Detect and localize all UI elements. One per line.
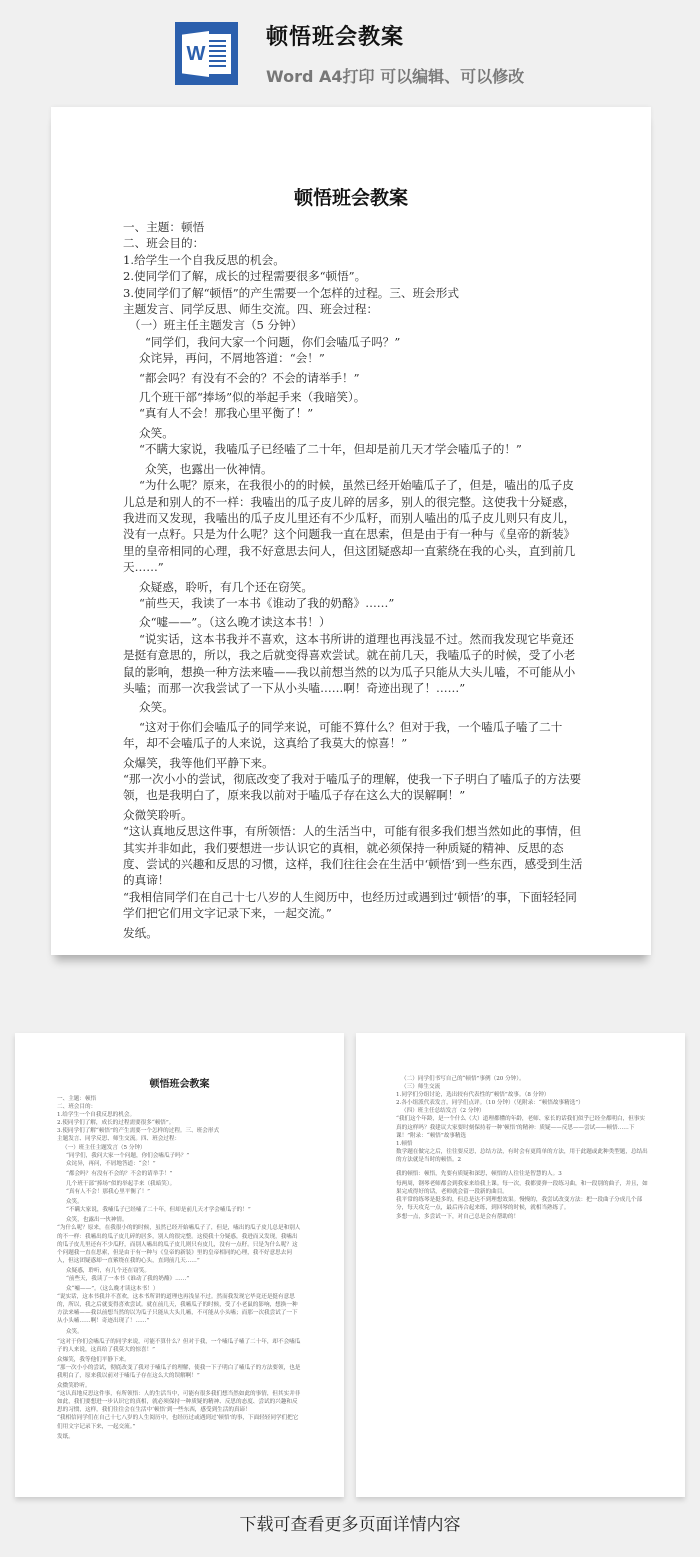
thumb-paragraph: “这对于你们会嗑瓜子的同学来说，可能不算什么？但对于我，一个嗑瓜子嗑了二十年，却… (57, 1338, 303, 1354)
doc-line: “同学们，我问大家一个问题，你们会嗑瓜子吗？” (123, 334, 583, 350)
doc-line: 众笑。 (123, 425, 583, 441)
thumb-paragraph: “为什么呢？原来，在我很小的的时候，虽然已经开始嗑瓜子了，但是，嗑出的瓜子皮儿总… (57, 1224, 303, 1264)
doc-line: 众微笑聆听。 (123, 807, 583, 823)
doc-line: 主题发言、同学反思、师生交流。四、班会过程： (123, 301, 583, 317)
doc-line: “真有人不会！那我心里平衡了！” (123, 405, 583, 421)
document-title: 顿悟班会教案 (266, 20, 404, 51)
doc-paragraph: “那一次小小的尝试，彻底改变了我对于嗑瓜子的理解，使我一下子明白了嗑瓜子的方法要… (123, 771, 583, 804)
thumb-line: 众“嘘——”。（这么晚才读这本书！） (57, 1285, 303, 1293)
thumb-line: 一、主题：顿悟 (57, 1095, 303, 1103)
doc-line: 发纸。 (123, 925, 583, 941)
thumb-line: “真有人不会！那我心里平衡了！” (57, 1188, 303, 1196)
thumb-line: 3.使同学们了解“顿悟”的产生需要一个怎样的过程。三、班会形式 (57, 1127, 303, 1135)
thumb-line: 1.同学们分组讨论，选出较有代表性的“顿悟”故事。（8 分钟） (396, 1091, 648, 1099)
word-icon-letter: W (184, 42, 208, 66)
doc-line: 众笑，也露出一伙神情。 (123, 461, 583, 477)
thumb-line: 几个班干部“捧场”似的举起手来（我暗笑）。 (57, 1180, 303, 1188)
thumb-line: 众爆笑，我等他们平静下来。 (57, 1356, 303, 1364)
doc-line: “不瞒大家说，我嗑瓜子已经嗑了二十年，但却是前几天才学会嗑瓜子的！” (123, 441, 583, 457)
thumb-line: （四）班主任总结发言（2 分钟） (396, 1107, 648, 1115)
thumb-line: 众疑惑，聆听，有几个还在窃笑。 (57, 1267, 303, 1275)
doc-line: 2.使同学们了解，成长的过程需要很多“顿悟”。 (123, 268, 583, 284)
thumb-paragraph: “这认真地反思这件事，有所领悟：人的生活当中，可能有很多我们想当然如此的事情，但… (57, 1390, 303, 1414)
doc-line: 3.使同学们了解“顿悟”的产生需要一个怎样的过程。三、班会形式 (123, 285, 583, 301)
doc-paragraph: “这对于你们会嗑瓜子的同学来说，可能不算什么？但对于我，一个嗑瓜子嗑了二十年，却… (123, 719, 583, 752)
page-thumbnail-2[interactable]: （二）同学们书写自己的“顿悟”事例（20 分钟）。 （三）师生交流 1.同学们分… (356, 1033, 685, 1497)
thumbnail-body: 一、主题：顿悟 二、班会目的： 1.给学生一个自我反思的机会。 2.使同学们了解… (57, 1095, 303, 1441)
thumb-paragraph: “我们这个年龄，是一个什么（大）道理都懂的年龄，老师、家长的话我们似乎已经全都明… (396, 1115, 648, 1139)
header: W 顿悟班会教案 Word A4打印 可以编辑、可以修改 (0, 0, 700, 100)
main-page-preview: 顿悟班会教案 一、主题：顿悟 二、班会目的： 1.给学生一个自我反思的机会。 2… (51, 107, 651, 955)
doc-line: 众“嘘——”。（这么晚才读这本书！） (123, 614, 583, 630)
thumb-paragraph: “我相信同学们在自己十七八岁的人生阅历中，也经历过或遇到过‘顿悟’的事，下面轻轻… (57, 1414, 303, 1430)
page-thumbnail-1[interactable]: 顿悟班会教案 一、主题：顿悟 二、班会目的： 1.给学生一个自我反思的机会。 2… (15, 1033, 344, 1497)
thumb-line: 2.各小组派代表发言，同学们点评。（10 分钟）（见附录：“顿悟故事精选”） (396, 1099, 648, 1107)
thumb-paragraph: “那一次小小的尝试，彻底改变了我对于嗑瓜子的理解，使我一下子明白了嗑瓜子的方法要… (57, 1364, 303, 1380)
doc-line: （一）班主任主题发言（5 分钟） (123, 317, 583, 333)
thumb-line: 我的顿悟：顿悟，先要有质疑和深思，顿悟的人往往是智慧的人。3 (396, 1170, 648, 1178)
thumb-line: “前些天，我读了一本书《谁动了我的奶酪》……” (57, 1275, 303, 1283)
doc-line: 1.给学生一个自我反思的机会。 (123, 252, 583, 268)
document-body: 一、主题：顿悟 二、班会目的： 1.给学生一个自我反思的机会。 2.使同学们了解… (123, 219, 583, 941)
thumb-line: 主题发言、同学反思、师生交流。四、班会过程： (57, 1135, 303, 1143)
thumb-line: 2.使同学们了解，成长的过程需要很多“顿悟”。 (57, 1119, 303, 1127)
thumb-line: 众笑。 (57, 1198, 303, 1206)
thumb-line: 众诧异，再问，不屑地答道：“会！” (57, 1160, 303, 1168)
thumb-line: （一）班主任主题发言（5 分钟） (57, 1144, 303, 1152)
doc-line: 众笑。 (123, 699, 583, 715)
thumb-line: 众笑。 (57, 1328, 303, 1336)
thumb-line: 多想一点，多尝试一下，对自己总是会有帮助的！ (396, 1213, 648, 1221)
doc-paragraph: “说实话，这本书我并不喜欢，这本书所讲的道理也再浅显不过。然而我发现它毕竟还是挺… (123, 631, 583, 697)
word-doc-icon: W (175, 22, 238, 85)
doc-line: 二、班会目的： (123, 235, 583, 251)
thumb-line: 众笑，也露出一伙神情。 (57, 1216, 303, 1224)
doc-paragraph: “这认真地反思这件事，有所领悟：人的生活当中，可能有很多我们想当然如此的事情，但… (123, 823, 583, 889)
download-more-link[interactable]: 下载可查看更多页面详情内容 (0, 1510, 700, 1535)
thumb-line: 二、班会目的： (57, 1103, 303, 1111)
doc-line: 几个班干部“捧场”似的举起手来（我暗笑）。 (123, 389, 583, 405)
thumb-paragraph: 数学题在做完之后，往往要反思，总结方法，有时会有更简单的方法，用于此题或此种类型… (396, 1148, 648, 1164)
thumb-paragraph: 每两周，钢琴老师都会到我家来给我上课。每一次，我都要弹一段练习曲，和一段别的曲子… (396, 1180, 648, 1196)
thumb-line: 1.给学生一个自我反思的机会。 (57, 1111, 303, 1119)
thumb-paragraph: 我平常的练琴是挺多的，但总是达不到理想效果。慢慢的，我尝试改变方法：把一段曲子分… (396, 1196, 648, 1212)
doc-line: 众诧异，再问，不屑地答道：“会！” (123, 350, 583, 366)
doc-paragraph: “为什么呢？原来，在我很小的的时候，虽然已经开始嗑瓜子了，但是，嗑出的瓜子皮儿总… (123, 477, 583, 575)
thumb-line: 发纸。 (57, 1433, 303, 1441)
thumb-line: （二）同学们书写自己的“顿悟”事例（20 分钟）。 (396, 1075, 648, 1083)
page-title: 顿悟班会教案 (51, 183, 651, 210)
thumb-line: “同学们，我问大家一个问题，你们会嗑瓜子吗？” (57, 1152, 303, 1160)
doc-line: “都会吗？有没有不会的？不会的请举手！” (123, 370, 583, 386)
thumb-line: “不瞒大家说，我嗑瓜子已经嗑了二十年，但却是前几天才学会嗑瓜子的！” (57, 1206, 303, 1214)
doc-line: 一、主题：顿悟 (123, 219, 583, 235)
thumb-line: 众微笑聆听。 (57, 1382, 303, 1390)
thumbnail-title: 顿悟班会教案 (15, 1075, 344, 1090)
thumb-paragraph: “说实话，这本书我并不喜欢，这本书所讲的道理也再浅显不过。然而我发现它毕竟还是挺… (57, 1293, 303, 1325)
thumb-line: （三）师生交流 (396, 1083, 648, 1091)
doc-line: 众爆笑，我等他们平静下来。 (123, 755, 583, 771)
doc-line: 众疑惑，聆听，有几个还在窃笑。 (123, 579, 583, 595)
thumb-line: 1.顿悟 (396, 1140, 648, 1148)
document-subtitle: Word A4打印 可以编辑、可以修改 (266, 64, 524, 87)
doc-line: “前些天，我读了一本书《谁动了我的奶酪》……” (123, 595, 583, 611)
thumb-line: “都会吗？有没有不会的？不会的请举手！” (57, 1170, 303, 1178)
doc-paragraph: “我相信同学们在自己十七八岁的人生阅历中，也经历过或遇到过‘顿悟’的事，下面轻轻… (123, 889, 583, 922)
thumbnail-body: （二）同学们书写自己的“顿悟”事例（20 分钟）。 （三）师生交流 1.同学们分… (396, 1075, 648, 1221)
